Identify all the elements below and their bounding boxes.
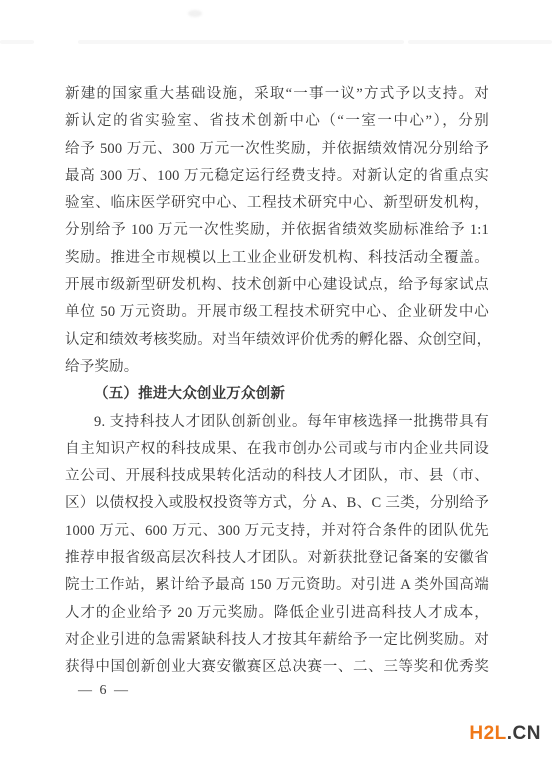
text-line: 对企业引进的急需紧缺科技人才按其年薪给予一定比例奖励。对 xyxy=(65,627,489,654)
text-line: 院士工作站，累计给予最高 150 万元资助。对引进 A 类外国高端 xyxy=(65,572,489,599)
scan-artifact-band xyxy=(78,40,404,44)
text-line: 新认定的省实验室、省技术创新中心（“一室一中心”），分别 xyxy=(65,108,489,135)
text-line: 给予 500 万元、300 万元一次性奖励，并依据绩效情况分别给予 xyxy=(65,136,489,163)
watermark-brand-text: H2L xyxy=(469,723,506,744)
text-line: 给予奖励。 xyxy=(65,354,489,381)
document-page: 新建的国家重大基础设施，采取“一事一议”方式予以支持。对 新认定的省实验室、省技… xyxy=(0,0,552,759)
scan-artifact-smudge xyxy=(188,10,202,17)
text-line: 开展市级新型研发机构、技术创新中心建设试点，给予每家试点 xyxy=(65,272,489,299)
text-line: 获得中国创新创业大赛安徽赛区总决赛一、二、三等奖和优秀奖 xyxy=(65,654,489,681)
text-line: 推荐申报省级高层次科技人才团队。对新获批登记备案的安徽省 xyxy=(65,545,489,572)
watermark-suffix-text: .CN xyxy=(507,723,541,744)
text-line: 1000 万元、600 万元、300 万元支持，并对符合条件的团队优先 xyxy=(65,518,489,545)
section-heading: （五）推进大众创业万众创新 xyxy=(65,381,489,408)
text-line: 分别给予 100 万元一次性奖励，并依据省绩效奖励标准给予 1:1 xyxy=(65,217,489,244)
page-number: — 6 — xyxy=(78,682,130,700)
text-line: 新建的国家重大基础设施，采取“一事一议”方式予以支持。对 xyxy=(65,81,489,108)
text-line: 认定和绩效考核奖励。对当年绩效评价优秀的孵化器、众创空间， xyxy=(65,327,489,354)
text-line: 9. 支持科技人才团队创新创业。每年审核选择一批携带具有 xyxy=(65,409,489,436)
text-line: 自主知识产权的科技成果、在我市创办公司或与市内企业共同设 xyxy=(65,436,489,463)
text-line: 立公司、开展科技成果转化活动的科技人才团队，市、县（市、 xyxy=(65,463,489,490)
text-line: 最高 300 万、100 万元稳定运行经费支持。对新认定的省重点实 xyxy=(65,163,489,190)
text-line: 奖励。推进全市规模以上工业企业研发机构、科技活动全覆盖。 xyxy=(65,245,489,272)
watermark: H2L.CN xyxy=(469,723,541,745)
document-body: 新建的国家重大基础设施，采取“一事一议”方式予以支持。对 新认定的省实验室、省技… xyxy=(65,81,489,682)
text-line: 区）以债权投入或股权投资等方式，分 A、B、C 三类，分别给予 xyxy=(65,490,489,517)
text-line: 单位 50 万元资助。开展市级工程技术研究中心、企业研发中心 xyxy=(65,299,489,326)
text-line: 人才的企业给予 20 万元奖励。降低企业引进高科技人才成本， xyxy=(65,600,489,627)
text-line: 验室、临床医学研究中心、工程技术研究中心、新型研发机构， xyxy=(65,190,489,217)
scan-artifact-band xyxy=(0,40,34,44)
scan-artifact-band xyxy=(408,40,552,44)
